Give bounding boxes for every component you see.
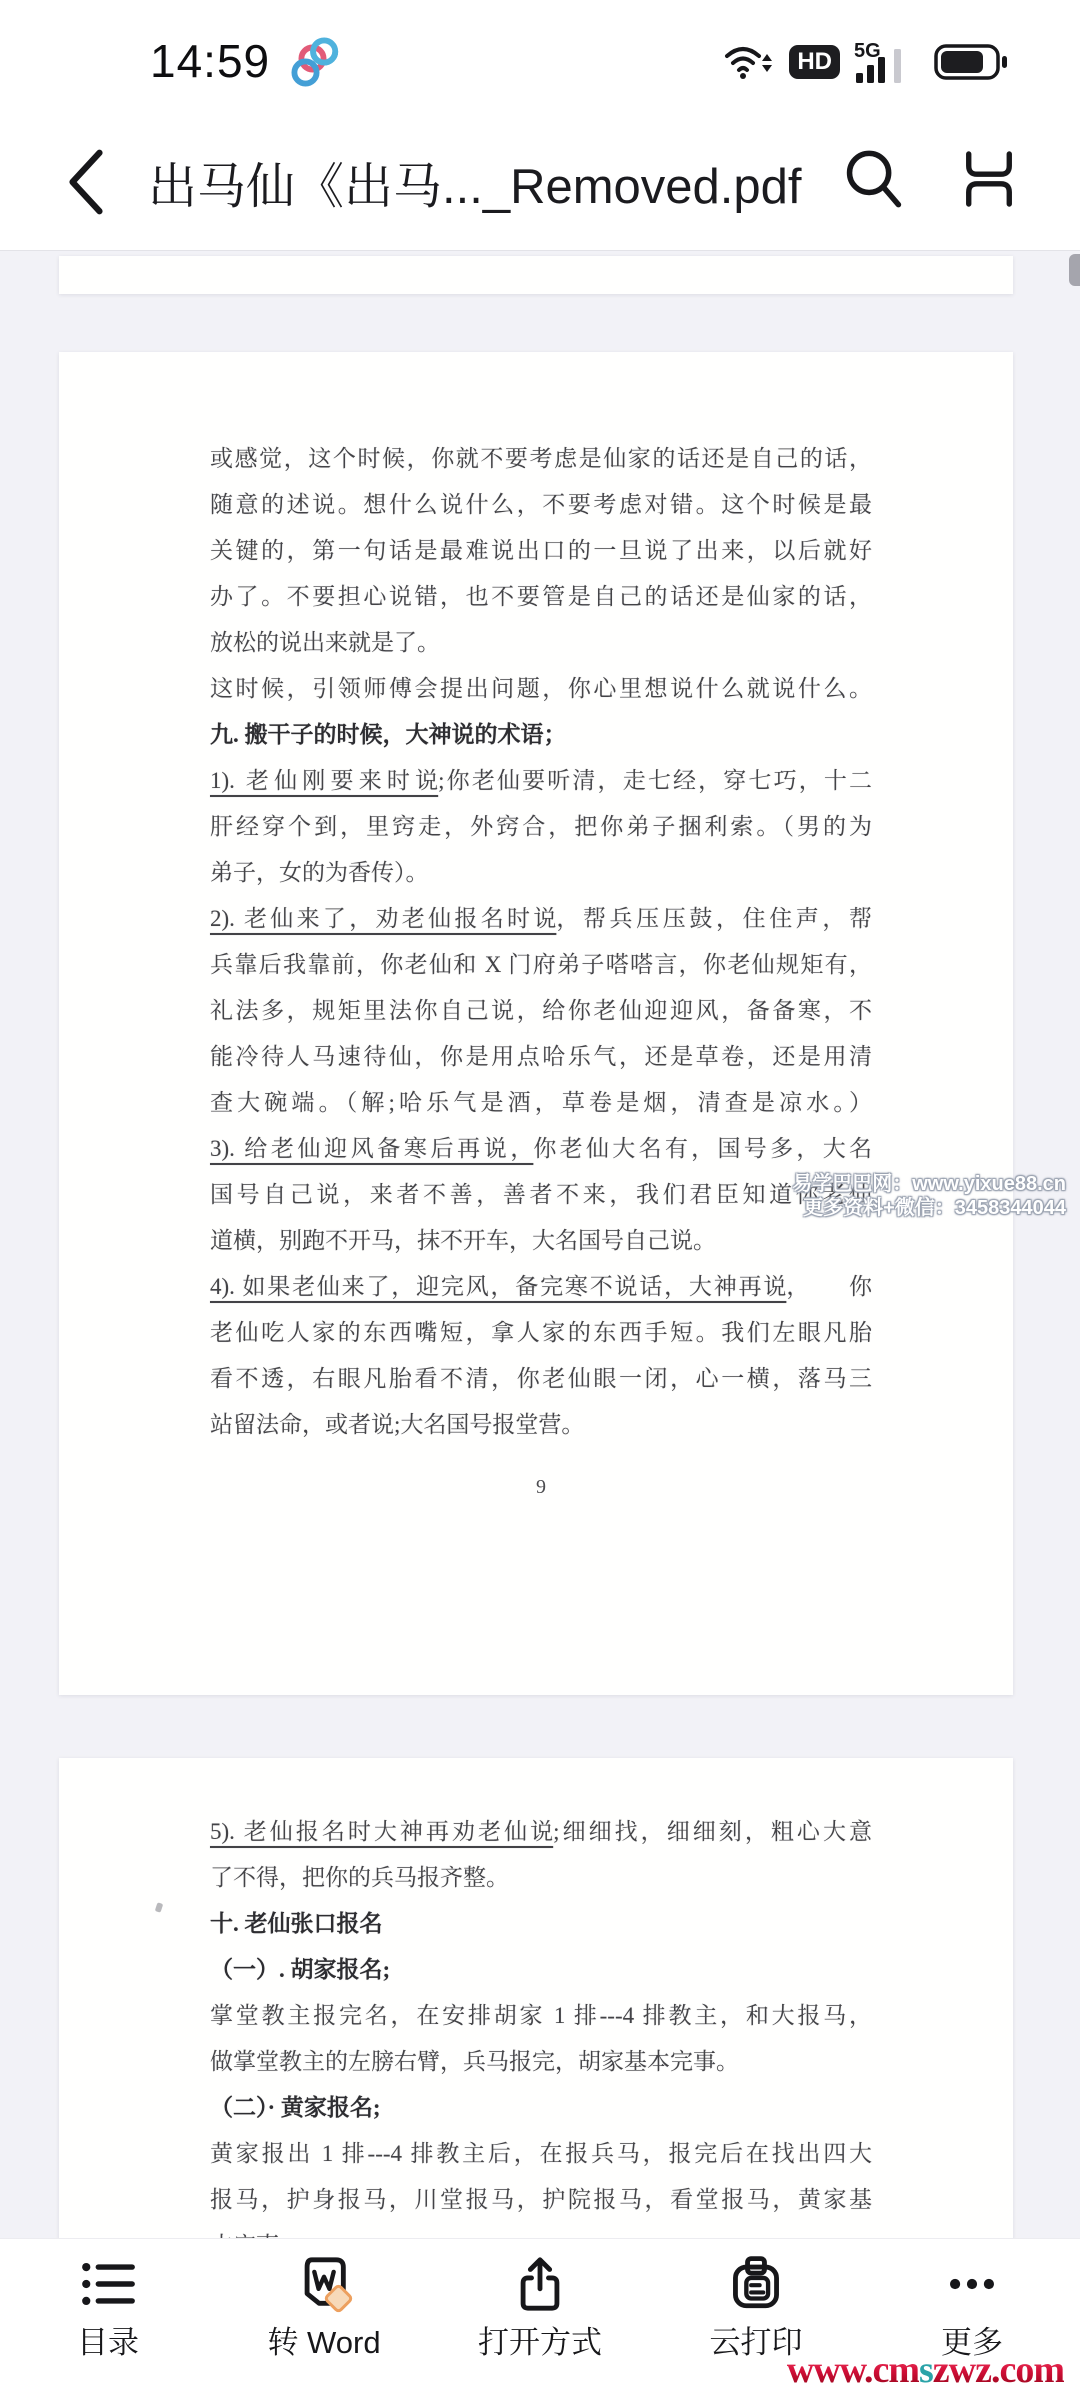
page-10-text: 5). 老仙报名时大神再劝老仙说;细细找，细细刻，粗心大意了不得，把你的兵马报齐… [210, 1809, 872, 2240]
previous-page-edge [59, 256, 1013, 294]
doc-line: 或感觉，这个时候，你就不要考虑是仙家的话还是自己的话， [210, 436, 872, 482]
scrollbar-handle[interactable] [1069, 254, 1080, 286]
pdf-page-10: 5). 老仙报名时大神再劝老仙说;细细找，细细刻，粗心大意了不得，把你的兵马报齐… [59, 1758, 1013, 2240]
wifi-icon [723, 40, 775, 84]
doc-line: 看不透，右眼凡胎看不清，你老仙眼一闭，心一横，落马三 [210, 1356, 872, 1402]
hd-badge: HD [789, 45, 840, 79]
doc-line: 能冷待人马速待仙，你是用点哈乐气，还是草卷，还是用清 [210, 1034, 872, 1080]
document-viewport[interactable]: 或感觉，这个时候，你就不要考虑是仙家的话还是自己的话，随意的述说。想什么说什么，… [0, 250, 1080, 2400]
status-bar: 14:59 HD 5G [0, 0, 1080, 110]
toolbar-item-toc[interactable]: 目录 [0, 2239, 216, 2400]
doc-line: 黄家报出 1 排---4 排教主后，在报兵马，报完后在找出四大 [210, 2131, 872, 2177]
doc-line: 关键的，第一句话是最难说出口的一旦说了出来，以后就好 [210, 528, 872, 574]
doc-line: 了不得，把你的兵马报齐整。 [210, 1855, 872, 1901]
search-icon[interactable] [842, 146, 906, 212]
header: 14:59 HD 5G [0, 0, 1080, 250]
pdf-page-9: 或感觉，这个时候，你就不要考虑是仙家的话还是自己的话，随意的述说。想什么说什么，… [59, 352, 1013, 1695]
cloud-print-icon [727, 2255, 785, 2313]
doc-line: 兵靠后我靠前，你老仙和 X 门府弟子嗒嗒言，你老仙规矩有， [210, 942, 872, 988]
toc-list-icon [79, 2255, 137, 2313]
battery-icon [934, 43, 1008, 81]
word-convert-icon [295, 2255, 353, 2313]
seller-watermark-line1: 易学巴巴网：www.yixue88.cn [792, 1172, 1066, 1196]
doc-line: 查大碗端。（解;哈乐气是酒，草卷是烟，清查是凉水。） [210, 1080, 872, 1126]
page-number: 9 [210, 1476, 872, 1499]
back-icon[interactable] [58, 146, 114, 218]
doc-line: 办了。不要担心说错，也不要管是自己的话还是仙家的话， [210, 574, 872, 620]
doc-line: 肝经穿个到，里窍走，外窍合，把你弟子捆利索。（男的为 [210, 804, 872, 850]
doc-line: 道横，别跑不开马，抹不开车，大名国号自己说。 [210, 1218, 872, 1264]
doc-line: 2). 老仙来了，劝老仙报名时说，帮兵压压鼓，住住声，帮 [210, 896, 872, 942]
open-with-icon [511, 2255, 569, 2313]
site-watermark: www.cmszwz.com [787, 2348, 1064, 2392]
page-fit-icon[interactable] [958, 150, 1020, 208]
doc-line: 3). 给老仙迎风备寒后再说，你老仙大名有，国号多，大名 [210, 1126, 872, 1172]
doc-line: 国号自己说，来者不善，善者不来，我们君臣知道你老仙 [210, 1172, 872, 1218]
toolbar-label-convert-word: 转 Word [267, 2327, 380, 2358]
toolbar-label-open-with: 打开方式 [478, 2327, 602, 2358]
seller-watermark: 易学巴巴网：www.yixue88.cn 更多资料+微信：3458344044 [792, 1172, 1066, 1220]
status-time: 14:59 [150, 34, 270, 88]
doc-line: 这时候，引领师傅会提出问题，你心里想说什么就说什么。 [210, 666, 872, 712]
doc-line: 九. 搬干子的时候，大神说的术语； [210, 712, 872, 758]
doc-line: 十. 老仙张口报名 [210, 1901, 872, 1947]
site-watermark-part2: s [919, 2349, 933, 2391]
site-watermark-part3: zwz.com [933, 2349, 1064, 2391]
toolbar-item-convert-word[interactable]: 转 Word [216, 2239, 432, 2400]
doc-line: （一）. 胡家报名; [210, 1947, 872, 1993]
doc-line: 礼法多，规矩里法你自己说，给你老仙迎迎风，备备寒，不 [210, 988, 872, 1034]
signal-5g-icon: 5G [854, 39, 920, 85]
svg-text:5G: 5G [854, 40, 881, 62]
doc-line: 弟子，女的为香传）。 [210, 850, 872, 896]
doc-line: 站留法命，或者说;大名国号报堂营。 [210, 1402, 872, 1448]
doc-line: 5). 老仙报名时大神再劝老仙说;细细找，细细刻，粗心大意 [210, 1809, 872, 1855]
site-watermark-part1: www.cm [787, 2349, 919, 2391]
toolbar-item-open-with[interactable]: 打开方式 [432, 2239, 648, 2400]
doc-line: 4). 如果老仙来了，迎完风，备完寒不说话，大神再说，你 [210, 1264, 872, 1310]
doc-line: 随意的述说。想什么说什么，不要考虑对错。这个时候是最 [210, 482, 872, 528]
title-bar: 出马仙《出马..._Removed.pdf [0, 110, 1080, 250]
document-title: 出马仙《出马..._Removed.pdf [148, 148, 808, 218]
doc-line: 报马，护身报马，川堂报马，护院报马，看堂报马，黄家基 [210, 2177, 872, 2223]
more-dots-icon [943, 2255, 1001, 2313]
page-9-text: 或感觉，这个时候，你就不要考虑是仙家的话还是自己的话，随意的述说。想什么说什么，… [210, 436, 872, 1448]
seller-watermark-line2: 更多资料+微信：3458344044 [792, 1196, 1066, 1220]
doc-line: 放松的说出来就是了。 [210, 620, 872, 666]
pdf-reader-screen: 14:59 HD 5G [0, 0, 1080, 2400]
doc-line: 做掌堂教主的左膀右臂，兵马报完，胡家基本完事。 [210, 2039, 872, 2085]
status-icons: HD 5G [723, 38, 1008, 86]
app-notification-icon [288, 34, 344, 90]
toolbar-label-toc: 目录 [77, 2327, 139, 2358]
doc-line: 老仙吃人家的东西嘴短，拿人家的东西手短。我们左眼凡胎 [210, 1310, 872, 1356]
doc-line: 1). 老仙刚要来时说;你老仙要听清，走七经，穿七巧，十二 [210, 758, 872, 804]
doc-line: 掌堂教主报完名，在安排胡家 1 排---4 排教主，和大报马， [210, 1993, 872, 2039]
doc-line: （二）· 黄家报名; [210, 2085, 872, 2131]
